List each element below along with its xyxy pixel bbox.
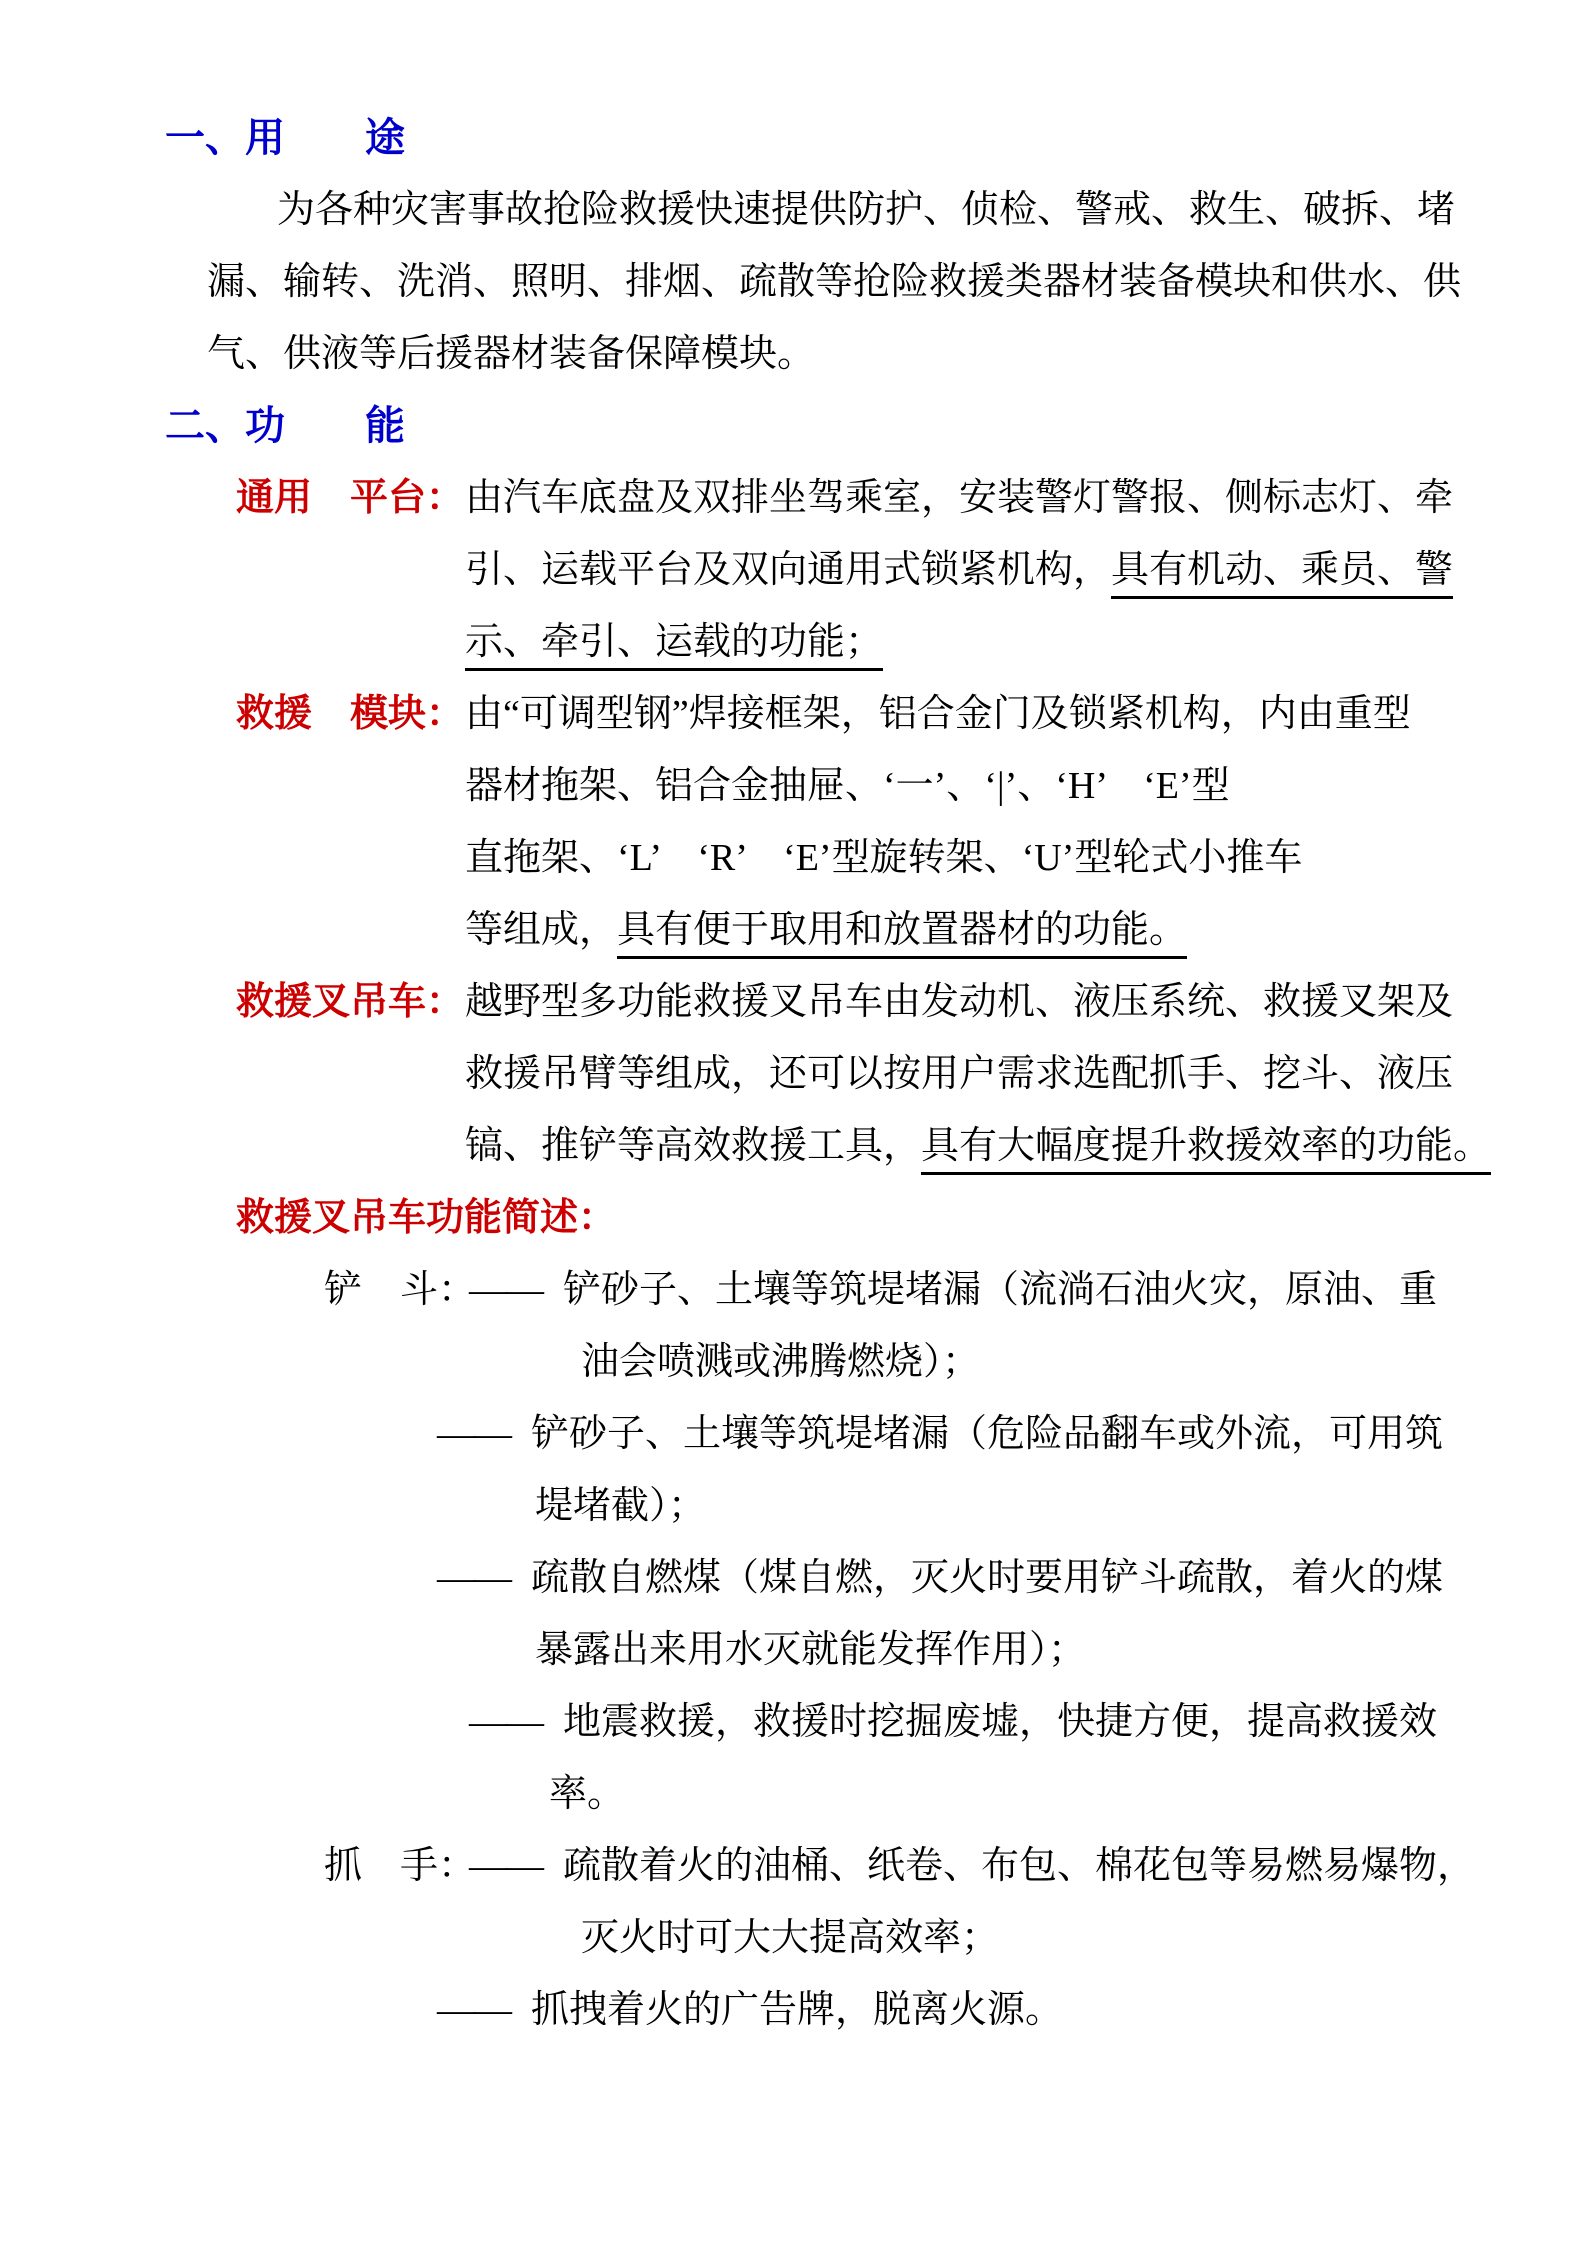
bucket-item-2-text: 铲砂子、土壤等筑堤堵漏（危险品翻车或外流，可用筑 (531, 1413, 1443, 1455)
bucket-item-4: ——地震救援，救援时挖掘废墟，快捷方便，提高救援效 (469, 1686, 1587, 1758)
platform-text-3-underlined: 示、牵引、运载的功能； (465, 621, 883, 671)
brief-heading: 救援叉吊车功能简述： (236, 1182, 1587, 1254)
gripper-item-1-cont: 灭火时可大大提高效率； (581, 1902, 1587, 1974)
gripper-item-2-text: 抓拽着火的广告牌，脱离火源。 (531, 1989, 1063, 2031)
bucket-item-4-text: 地震救援，救援时挖掘废墟，快捷方便，提高救援效 (563, 1701, 1437, 1743)
bucket-item-3: ——疏散自燃煤（煤自燃，灭火时要用铲斗疏散，着火的煤 (437, 1542, 1587, 1614)
module-text-1: 由“可调型钢”焊接框架，铝合金门及锁紧机构，内由重型 (465, 693, 1411, 735)
em-dash: —— (437, 1989, 511, 2031)
em-dash: —— (469, 1701, 543, 1743)
crane-text-1: 越野型多功能救援叉吊车由发动机、液压系统、救援叉架及 (465, 981, 1453, 1023)
module-line-3: 直拖架、‘L’ ‘R’ ‘E’型旋转架、‘U’型轮式小推车 (465, 822, 1587, 894)
bucket-item-2-cont: 堤堵截）； (535, 1470, 1587, 1542)
bucket-item-1: 铲 斗：——铲砂子、土壤等筑堤堵漏（流淌石油火灾，原油、重 (324, 1254, 1587, 1326)
crane-label: 救援叉吊车： (236, 966, 465, 1038)
bucket-item-3-cont: 暴露出来用水灭就能发挥作用）； (535, 1614, 1587, 1686)
bucket-item-1-cont: 油会喷溅或沸腾燃烧）； (581, 1326, 1587, 1398)
heading-purpose: 一、用 途 (165, 102, 1587, 174)
module-text-3: 直拖架、‘L’ ‘R’ ‘E’型旋转架、‘U’型轮式小推车 (465, 837, 1302, 879)
crane-text-3-plain: 镐、推铲等高效救援工具， (465, 1125, 921, 1167)
gripper-item-1-text: 疏散着火的油桶、纸卷、布包、棉花包等易燃易爆物， (563, 1845, 1475, 1887)
platform-line-2: 引、运载平台及双向通用式锁紧机构，具有机动、乘员、警 (465, 534, 1587, 606)
em-dash: —— (437, 1413, 511, 1455)
platform-line-1: 通用 平台：由汽车底盘及双排坐驾乘室，安装警灯警报、侧标志灯、牵 (236, 462, 1587, 534)
module-line-1: 救援 模块：由“可调型钢”焊接框架，铝合金门及锁紧机构，内由重型 (236, 678, 1587, 750)
platform-label: 通用 平台： (236, 462, 465, 534)
gripper-item-1: 抓 手：——疏散着火的油桶、纸卷、布包、棉花包等易燃易爆物， (324, 1830, 1587, 1902)
platform-text-1: 由汽车底盘及双排坐驾乘室，安装警灯警报、侧标志灯、牵 (465, 477, 1453, 519)
crane-line-2: 救援吊臂等组成，还可以按用户需求选配抓手、挖斗、液压 (465, 1038, 1587, 1110)
platform-text-2-plain: 引、运载平台及双向通用式锁紧机构， (465, 549, 1111, 591)
crane-line-3: 镐、推铲等高效救援工具，具有大幅度提升救援效率的功能。 (465, 1110, 1587, 1182)
heading-function: 二、功 能 (165, 390, 1587, 462)
crane-text-3-underlined: 具有大幅度提升救援效率的功能。 (921, 1125, 1491, 1175)
module-text-2: 器材拖架、铝合金抽屉、‘一’、‘|’、‘H’ ‘E’型 (465, 765, 1230, 807)
em-dash: —— (469, 1845, 543, 1887)
purpose-line-2: 漏、输转、洗消、照明、排烟、疏散等抢险救援类器材装备模块和供水、供 (207, 246, 1587, 318)
bucket-item-2: ——铲砂子、土壤等筑堤堵漏（危险品翻车或外流，可用筑 (437, 1398, 1587, 1470)
document-page: 一、用 途 为各种灾害事故抢险救援快速提供防护、侦检、警戒、救生、破拆、堵 漏、… (0, 0, 1587, 2245)
purpose-line-1: 为各种灾害事故抢险救援快速提供防护、侦检、警戒、救生、破拆、堵 (277, 174, 1587, 246)
crane-line-1: 救援叉吊车：越野型多功能救援叉吊车由发动机、液压系统、救援叉架及 (236, 966, 1587, 1038)
bucket-item-1-text: 铲砂子、土壤等筑堤堵漏（流淌石油火灾，原油、重 (563, 1269, 1437, 1311)
module-line-2: 器材拖架、铝合金抽屉、‘一’、‘|’、‘H’ ‘E’型 (465, 750, 1587, 822)
bucket-item-3-text: 疏散自燃煤（煤自燃，灭火时要用铲斗疏散，着火的煤 (531, 1557, 1443, 1599)
purpose-line-3: 气、供液等后援器材装备保障模块。 (207, 318, 1587, 390)
module-line-4: 等组成，具有便于取用和放置器材的功能。 (465, 894, 1587, 966)
crane-text-2: 救援吊臂等组成，还可以按用户需求选配抓手、挖斗、液压 (465, 1053, 1453, 1095)
module-text-4-underlined: 具有便于取用和放置器材的功能。 (617, 909, 1187, 959)
em-dash: —— (469, 1269, 543, 1311)
bucket-label: 铲 斗： (324, 1254, 469, 1326)
gripper-label: 抓 手： (324, 1830, 469, 1902)
platform-line-3: 示、牵引、运载的功能； (465, 606, 1587, 678)
gripper-item-2: ——抓拽着火的广告牌，脱离火源。 (437, 1974, 1587, 2046)
module-text-4-plain: 等组成， (465, 909, 617, 951)
module-label: 救援 模块： (236, 678, 465, 750)
bucket-item-4-cont: 率。 (549, 1758, 1587, 1830)
em-dash: —— (437, 1557, 511, 1599)
platform-text-2-underlined: 具有机动、乘员、警 (1111, 549, 1453, 599)
